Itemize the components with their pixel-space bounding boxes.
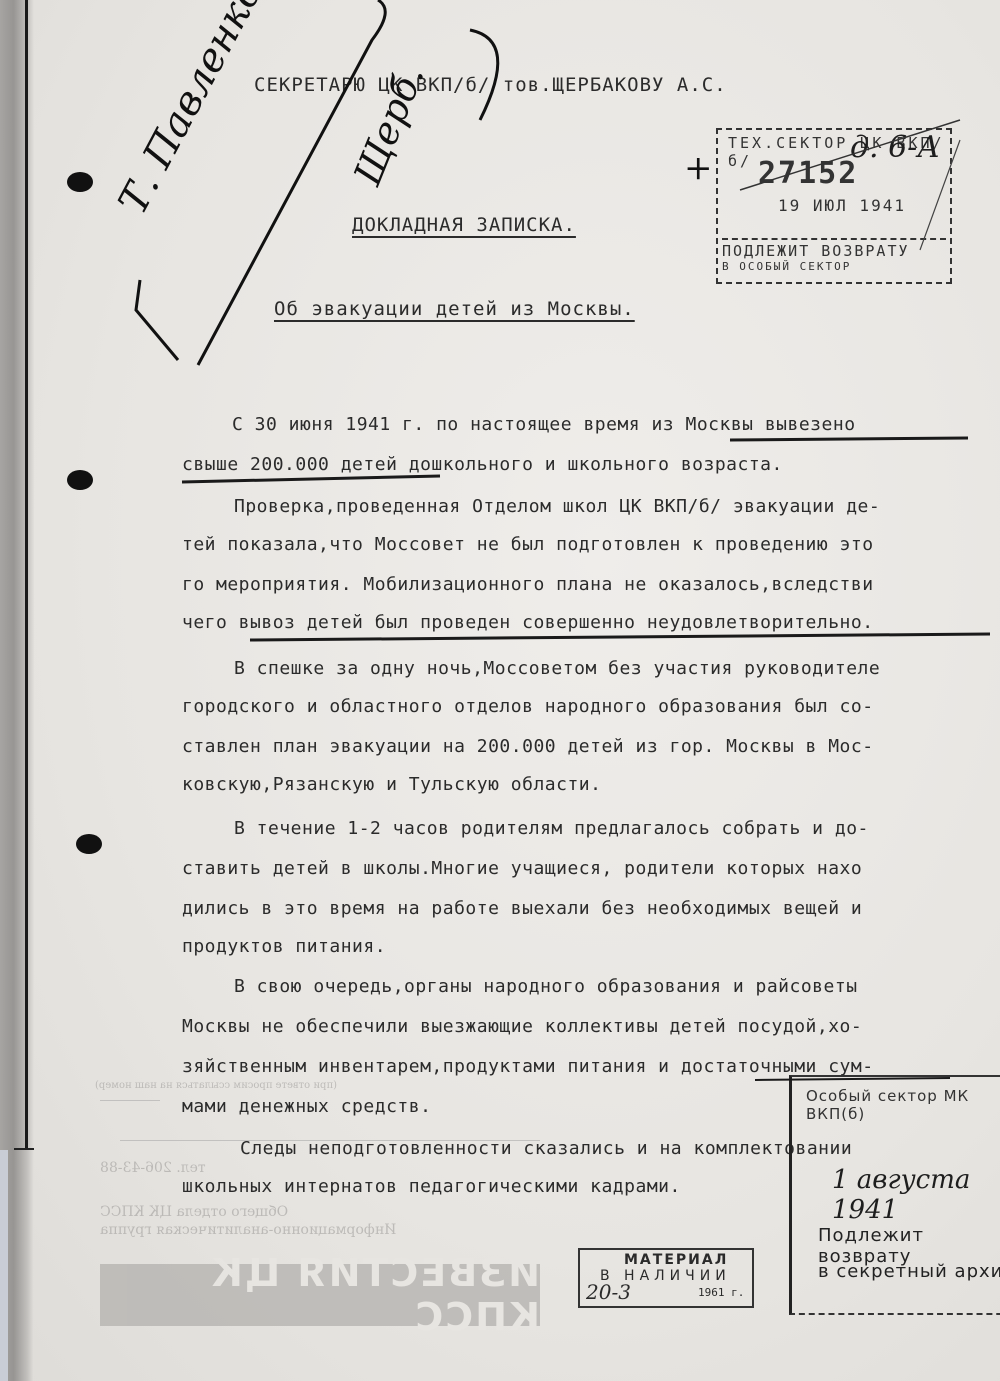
document-page: (при ответе просим ссылаться на наш номе… bbox=[0, 0, 1000, 1381]
pen-marks bbox=[0, 0, 1000, 1381]
